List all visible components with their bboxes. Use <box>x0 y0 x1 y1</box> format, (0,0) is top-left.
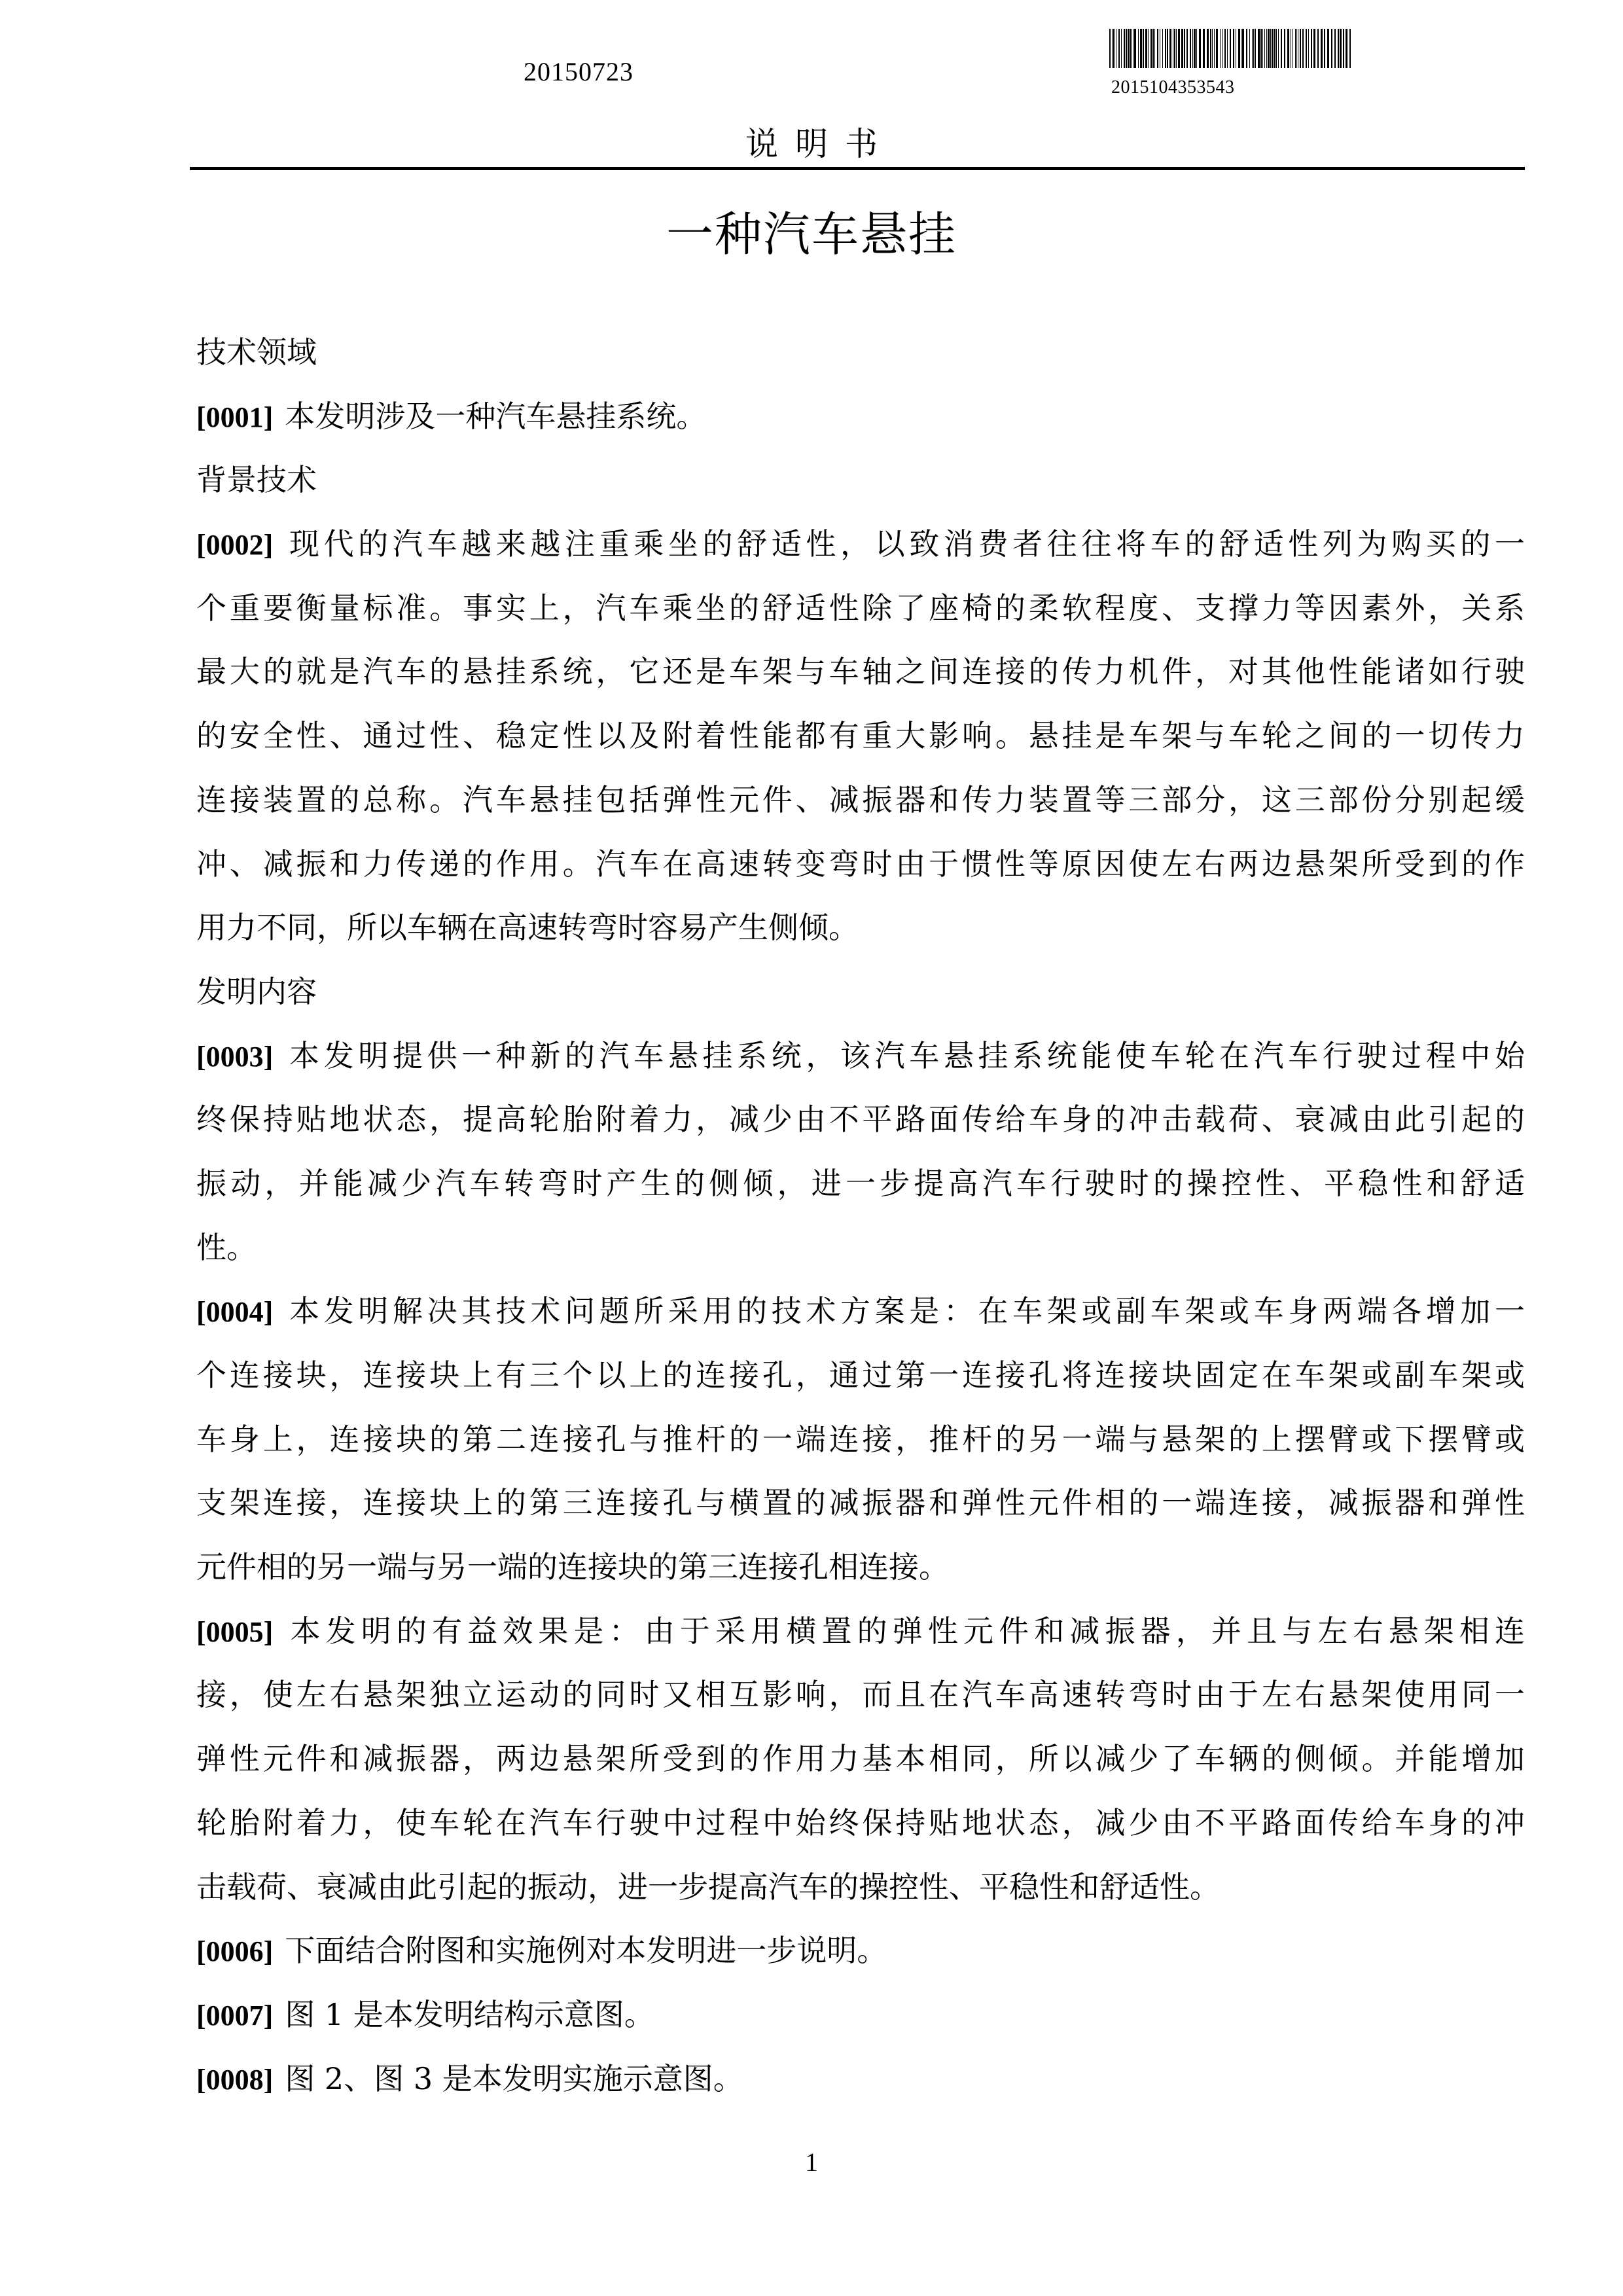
paragraph-text: 本发明解决其技术问题所采用的技术方案是：在车架或副车架或车身两端各增加一 <box>285 1293 1525 1329</box>
paragraph-line: 终保持贴地状态，提高轮胎附着力，减少由不平路面传给车身的冲击载荷、衰减由此引起的 <box>196 1088 1525 1152</box>
paragraph-line: 车身上，连接块的第二连接孔与推杆的一端连接，推杆的另一端与悬架的上摆臂或下摆臂或 <box>196 1408 1525 1472</box>
paragraph-line: 最大的就是汽车的悬挂系统，它还是车架与车轴之间连接的传力机件，对其他性能诸如行驶 <box>196 640 1525 704</box>
paragraph-line: 接，使左右悬架独立运动的同时又相互影响，而且在汽车高速转弯时由于左右悬架使用同一 <box>196 1663 1525 1727</box>
paragraph-line: 冲、减振和力传递的作用。汽车在高速转变弯时由于惯性等原因使左右两边悬架所受到的作 <box>196 833 1525 897</box>
paragraph-text: 下面结合附图和实施例对本发明进一步说明。 <box>285 1933 887 1968</box>
document-title: 一种汽车悬挂 <box>0 196 1623 264</box>
paragraph-line: [0006]下面结合附图和实施例对本发明进一步说明。 <box>196 1919 1525 1983</box>
paragraph-line: 用力不同，所以车辆在高速转弯时容易产生侧倾。 <box>196 896 1525 960</box>
paragraph-line: [0007]图 1 是本发明结构示意图。 <box>196 1983 1525 2047</box>
header-divider <box>190 167 1525 170</box>
paragraph-text: 本发明的有益效果是：由于采用横置的弹性元件和减振器，并且与左右悬架相连 <box>285 1613 1525 1649</box>
paragraph-line: 性。 <box>196 1216 1525 1280</box>
barcode-icon <box>1109 29 1353 68</box>
paragraph-number: [0003] <box>196 1041 273 1073</box>
paragraph-line: 个连接块，连接块上有三个以上的连接孔，通过第一连接孔将连接块固定在车架或副车架或 <box>196 1344 1525 1408</box>
section-heading: 技术领域 <box>196 321 1525 385</box>
paragraph-line: 轮胎附着力，使车轮在汽车行驶中过程中始终保持贴地状态，减少由不平路面传给车身的冲 <box>196 1791 1525 1856</box>
paragraph-line: [0004]本发明解决其技术问题所采用的技术方案是：在车架或副车架或车身两端各增… <box>196 1280 1525 1344</box>
paragraph-number: [0006] <box>196 1935 273 1967</box>
section-heading: 发明内容 <box>196 960 1525 1024</box>
paragraph-line: [0001]本发明涉及一种汽车悬挂系统。 <box>196 385 1525 449</box>
document-type-heading: 说明书 <box>0 118 1623 165</box>
paragraph-line: 连接装置的总称。汽车悬挂包括弹性元件、减振器和传力装置等三部分，这三部份分别起缓 <box>196 768 1525 833</box>
paragraph-line: 个重要衡量标准。事实上，汽车乘坐的舒适性除了座椅的柔软程度、支撑力等因素外，关系 <box>196 577 1525 641</box>
paragraph-number: [0004] <box>196 1296 273 1328</box>
barcode-number: 2015104353543 <box>1111 77 1235 98</box>
paragraph-number: [0002] <box>196 529 273 561</box>
document-body: 技术领域 [0001]本发明涉及一种汽车悬挂系统。 背景技术 [0002]现代的… <box>196 321 1525 2111</box>
paragraph-text: 本发明涉及一种汽车悬挂系统。 <box>285 399 706 434</box>
paragraph-number: [0008] <box>196 2064 273 2096</box>
paragraph-text: 图 1 是本发明结构示意图。 <box>285 1997 654 2032</box>
paragraph-line: 振动，并能减少汽车转弯时产生的侧倾，进一步提高汽车行驶时的操控性、平稳性和舒适 <box>196 1152 1525 1216</box>
paragraph-line: [0003]本发明提供一种新的汽车悬挂系统，该汽车悬挂系统能使车轮在汽车行驶过程… <box>196 1024 1525 1088</box>
paragraph-number: [0005] <box>196 1616 273 1648</box>
paragraph-number: [0001] <box>196 401 273 433</box>
section-heading: 背景技术 <box>196 448 1525 512</box>
paragraph-line: [0005]本发明的有益效果是：由于采用横置的弹性元件和减振器，并且与左右悬架相… <box>196 1600 1525 1664</box>
paragraph-text: 本发明提供一种新的汽车悬挂系统，该汽车悬挂系统能使车轮在汽车行驶过程中始 <box>285 1038 1525 1073</box>
paragraph-line: 击载荷、衰减由此引起的振动，进一步提高汽车的操控性、平稳性和舒适性。 <box>196 1856 1525 1920</box>
paragraph-line: 的安全性、通过性、稳定性以及附着性能都有重大影响。悬挂是车架与车轮之间的一切传力 <box>196 704 1525 768</box>
paragraph-text: 现代的汽车越来越注重乘坐的舒适性，以致消费者往往将车的舒适性列为购买的一 <box>285 526 1525 562</box>
paragraph-text: 图 2、图 3 是本发明实施示意图。 <box>285 2061 743 2096</box>
paragraph-line: [0002]现代的汽车越来越注重乘坐的舒适性，以致消费者往往将车的舒适性列为购买… <box>196 512 1525 577</box>
paragraph-line: [0008]图 2、图 3 是本发明实施示意图。 <box>196 2047 1525 2111</box>
publication-date: 20150723 <box>524 56 633 87</box>
paragraph-line: 支架连接，连接块上的第三连接孔与横置的减振器和弹性元件相的一端连接，减振器和弹性 <box>196 1471 1525 1535</box>
paragraph-number: [0007] <box>196 2000 273 2032</box>
page-number: 1 <box>0 2147 1623 2178</box>
paragraph-line: 弹性元件和减振器，两边悬架所受到的作用力基本相同，所以减少了车辆的侧倾。并能增加 <box>196 1727 1525 1791</box>
paragraph-line: 元件相的另一端与另一端的连接块的第三连接孔相连接。 <box>196 1535 1525 1600</box>
